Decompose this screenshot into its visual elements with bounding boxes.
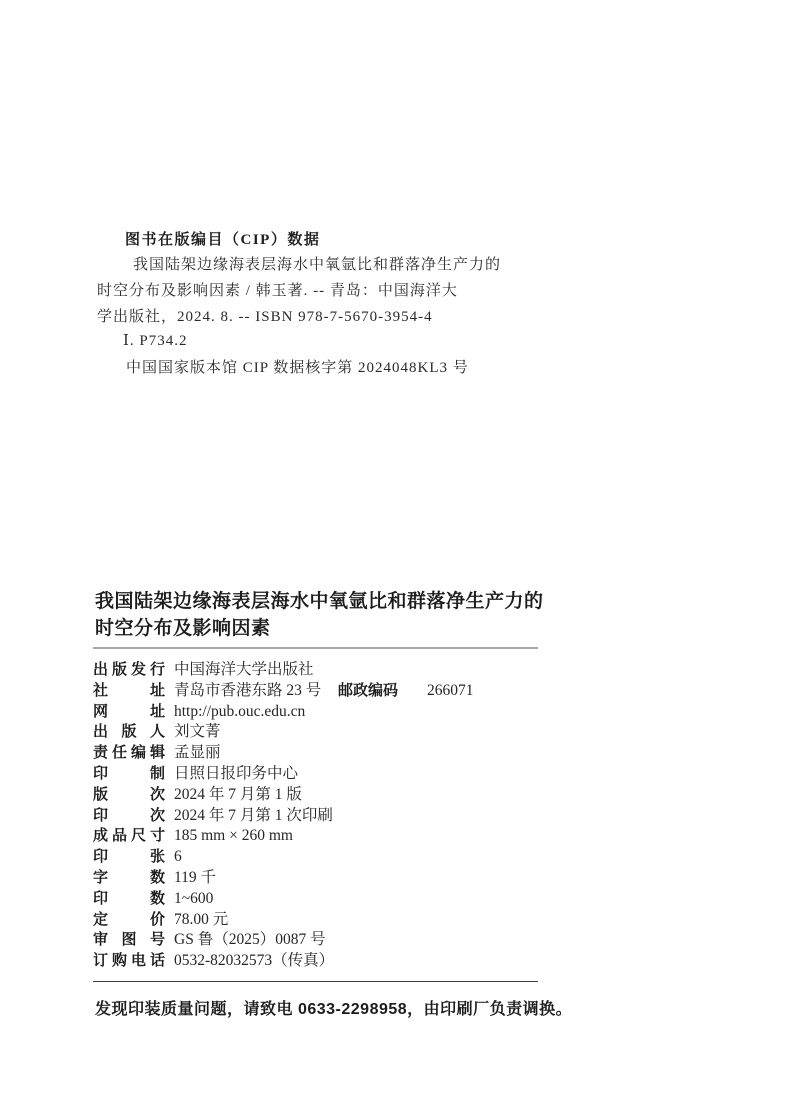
cip-classification-line: Ⅰ. P734.2 xyxy=(123,331,188,350)
divider-bottom xyxy=(93,981,538,982)
colophon-label: 成品尺寸 xyxy=(93,826,165,847)
colophon-label: 社址 xyxy=(93,681,165,702)
colophon-label: 印制 xyxy=(93,764,165,785)
colophon-row-size: 成品尺寸185 mm × 260 mm xyxy=(93,826,593,847)
colophon-row-map-approval: 审图号GS 鲁（2025）0087 号 xyxy=(93,930,593,951)
colophon-value: 1~600 xyxy=(174,889,213,910)
colophon-row-publisher-person: 出版人刘文菁 xyxy=(93,722,593,743)
colophon-row-publisher: 出版发行中国海洋大学出版社 xyxy=(93,660,593,681)
colophon-value: 中国海洋大学出版社 xyxy=(174,660,314,681)
colophon-row-printer: 印制日照日报印务中心 xyxy=(93,764,593,785)
colophon-label: 版次 xyxy=(93,785,165,806)
colophon-label: 审图号 xyxy=(93,930,165,951)
cip-header: 图书在版编目（CIP）数据 xyxy=(125,228,320,249)
book-title: 我国陆架边缘海表层海水中氧氩比和群落净生产力的 时空分布及影响因素 xyxy=(95,588,544,642)
colophon-row-printing: 印次2024 年 7 月第 1 次印刷 xyxy=(93,806,593,827)
colophon-value: 78.00 元 xyxy=(174,910,228,931)
colophon-row-edition: 版次2024 年 7 月第 1 版 xyxy=(93,785,593,806)
colophon-row-sheets: 印张6 xyxy=(93,847,593,868)
colophon-label: 订购电话 xyxy=(93,951,165,972)
colophon-label: 出版发行 xyxy=(93,660,165,681)
cip-line: 时空分布及影响因素 / 韩玉著. -- 青岛：中国海洋大 xyxy=(97,279,458,300)
colophon-value: 185 mm × 260 mm xyxy=(174,826,293,847)
colophon-row-website: 网址http://pub.ouc.edu.cn xyxy=(93,702,593,723)
colophon-value-url: http://pub.ouc.edu.cn xyxy=(174,702,305,723)
colophon-value: GS 鲁（2025）0087 号 xyxy=(174,930,326,951)
colophon-row-wordcount: 字数119 千 xyxy=(93,868,593,889)
colophon-value: 孟显丽 xyxy=(174,743,221,764)
colophon-label: 印数 xyxy=(93,889,165,910)
cip-line: 学出版社，2024. 8. -- ISBN 978-7-5670-3954-4 xyxy=(97,305,433,326)
colophon-label: 定价 xyxy=(93,910,165,931)
colophon-value: 6 xyxy=(174,847,182,868)
quality-notice: 发现印装质量问题，请致电 0633-2298958，由印刷厂负责调换。 xyxy=(95,996,572,1019)
colophon-label: 印张 xyxy=(93,847,165,868)
colophon-row-address: 社址青岛市香港东路 23 号 邮政编码 266071 xyxy=(93,681,593,702)
postal-code-value: 266071 xyxy=(427,681,474,702)
colophon-table: 出版发行中国海洋大学出版社 社址青岛市香港东路 23 号 邮政编码 266071… xyxy=(93,660,593,972)
colophon-value: 2024 年 7 月第 1 版 xyxy=(174,785,302,806)
colophon-label: 出版人 xyxy=(93,722,165,743)
colophon-row-editor: 责任编辑孟显丽 xyxy=(93,743,593,764)
cip-line: 我国陆架边缘海表层海水中氧氩比和群落净生产力的 xyxy=(133,253,501,274)
colophon-label: 字数 xyxy=(93,868,165,889)
postal-code-label: 邮政编码 xyxy=(338,681,398,702)
colophon-value: 青岛市香港东路 23 号 xyxy=(174,681,321,702)
colophon-row-price: 定价78.00 元 xyxy=(93,910,593,931)
colophon-value: 119 千 xyxy=(174,868,216,889)
colophon-value: 日照日报印务中心 xyxy=(174,764,298,785)
colophon-row-printrun: 印数1~600 xyxy=(93,889,593,910)
colophon-label: 责任编辑 xyxy=(93,743,165,764)
colophon-value: 0532-82032573（传真） xyxy=(174,951,334,972)
cip-record-number-line: 中国国家版本馆 CIP 数据核字第 2024048KL3 号 xyxy=(126,356,469,377)
copyright-page: 图书在版编目（CIP）数据 我国陆架边缘海表层海水中氧氩比和群落净生产力的 时空… xyxy=(0,0,799,1114)
colophon-row-order-phone: 订购电话0532-82032573（传真） xyxy=(93,951,593,972)
book-title-line-1: 我国陆架边缘海表层海水中氧氩比和群落净生产力的 xyxy=(95,588,544,615)
colophon-label: 网址 xyxy=(93,702,165,723)
colophon-label: 印次 xyxy=(93,806,165,827)
book-title-line-2: 时空分布及影响因素 xyxy=(95,615,544,642)
colophon-value: 2024 年 7 月第 1 次印刷 xyxy=(174,806,333,827)
colophon-value: 刘文菁 xyxy=(174,722,221,743)
divider-top xyxy=(93,647,538,649)
